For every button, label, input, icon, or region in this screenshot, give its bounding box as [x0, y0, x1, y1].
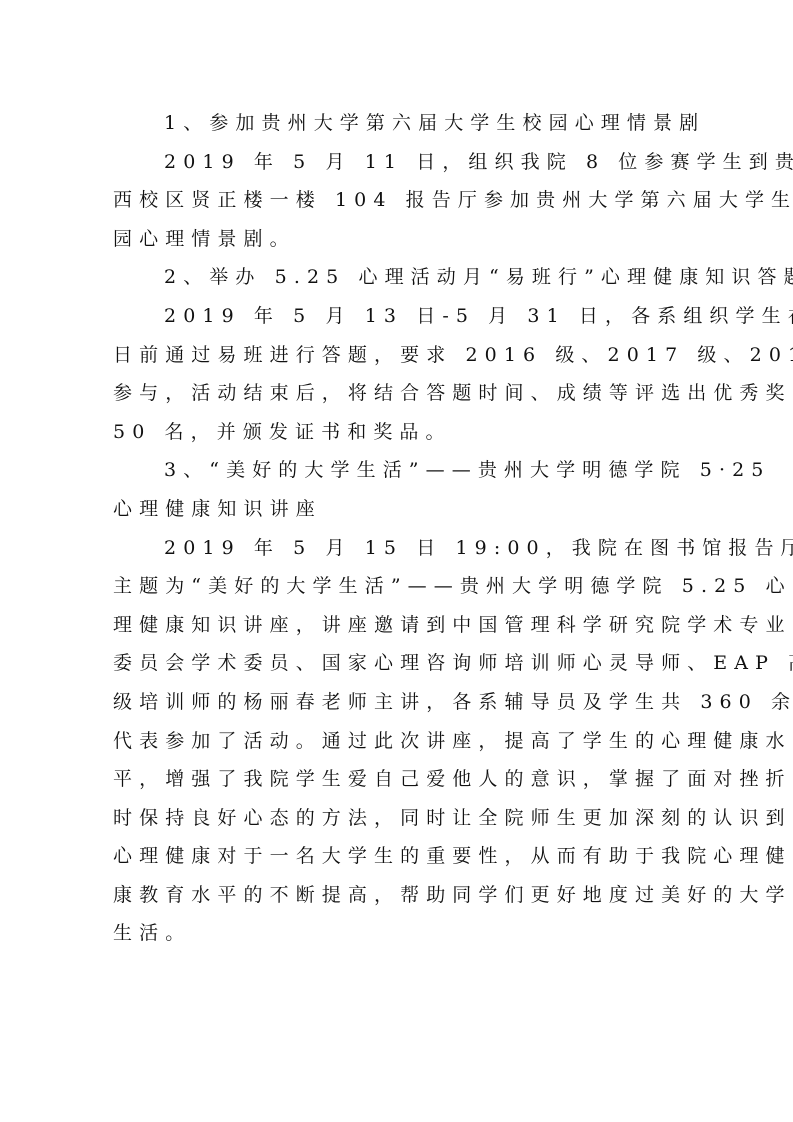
- paragraph-line: 2019 年 5 月 15 日 19:00，我院在图书馆报告厅举办了: [113, 529, 679, 568]
- paragraph-line: 参与，活动结束后，将结合答题时间、成绩等评选出优秀奖: [113, 374, 679, 413]
- paragraph-line: 50 名，并颁发证书和奖品。: [113, 413, 679, 452]
- paragraph-line: 主题为“美好的大学生活”——贵州大学明德学院 5.25 心: [113, 567, 679, 606]
- paragraph-line: 时保持良好心态的方法，同时让全院师生更加深刻的认识到: [113, 799, 679, 838]
- paragraph-line: 生活。: [113, 914, 679, 953]
- section-heading: 1、参加贵州大学第六届大学生校园心理情景剧: [113, 104, 679, 143]
- paragraph-line: 代表参加了活动。通过此次讲座，提高了学生的心理健康水: [113, 722, 679, 761]
- paragraph-line: 康教育水平的不断提高，帮助同学们更好地度过美好的大学: [113, 876, 679, 915]
- paragraph-line: 2019 年 5 月 11 日，组织我院 8 位参赛学生到贵州大学: [113, 143, 679, 182]
- paragraph-line: 心理健康对于一名大学生的重要性，从而有助于我院心理健: [113, 837, 679, 876]
- paragraph-line: 园心理情景剧。: [113, 220, 679, 259]
- section-heading: 2、举办 5.25 心理活动月“易班行”心理健康知识答题: [113, 258, 679, 297]
- paragraph-line: 西校区贤正楼一楼 104 报告厅参加贵州大学第六届大学生校: [113, 181, 679, 220]
- section-3: 3、“美好的大学生活”——贵州大学明德学院 5·25 心理健康知识讲座 2019…: [113, 451, 679, 953]
- paragraph-line: 平，增强了我院学生爱自己爱他人的意识，掌握了面对挫折: [113, 760, 679, 799]
- paragraph-line: 级培训师的杨丽春老师主讲，各系辅导员及学生共 360 余位: [113, 683, 679, 722]
- paragraph-line: 理健康知识讲座，讲座邀请到中国管理科学研究院学术专业: [113, 606, 679, 645]
- paragraph-line: 日前通过易班进行答题，要求 2016 级、2017 级、2018 级 100%: [113, 336, 679, 375]
- paragraph-line: 2019 年 5 月 13 日-5 月 31 日，各系组织学生在 5 月 31: [113, 297, 679, 336]
- section-1: 1、参加贵州大学第六届大学生校园心理情景剧 2019 年 5 月 11 日，组织…: [113, 104, 679, 258]
- paragraph-line: 委员会学术委员、国家心理咨询师培训师心灵导师、EAP 高: [113, 644, 679, 683]
- section-heading: 3、“美好的大学生活”——贵州大学明德学院 5·25: [113, 451, 679, 490]
- document-page: 1、参加贵州大学第六届大学生校园心理情景剧 2019 年 5 月 11 日，组织…: [113, 104, 679, 953]
- section-heading-continued: 心理健康知识讲座: [113, 490, 679, 529]
- section-2: 2、举办 5.25 心理活动月“易班行”心理健康知识答题 2019 年 5 月 …: [113, 258, 679, 451]
